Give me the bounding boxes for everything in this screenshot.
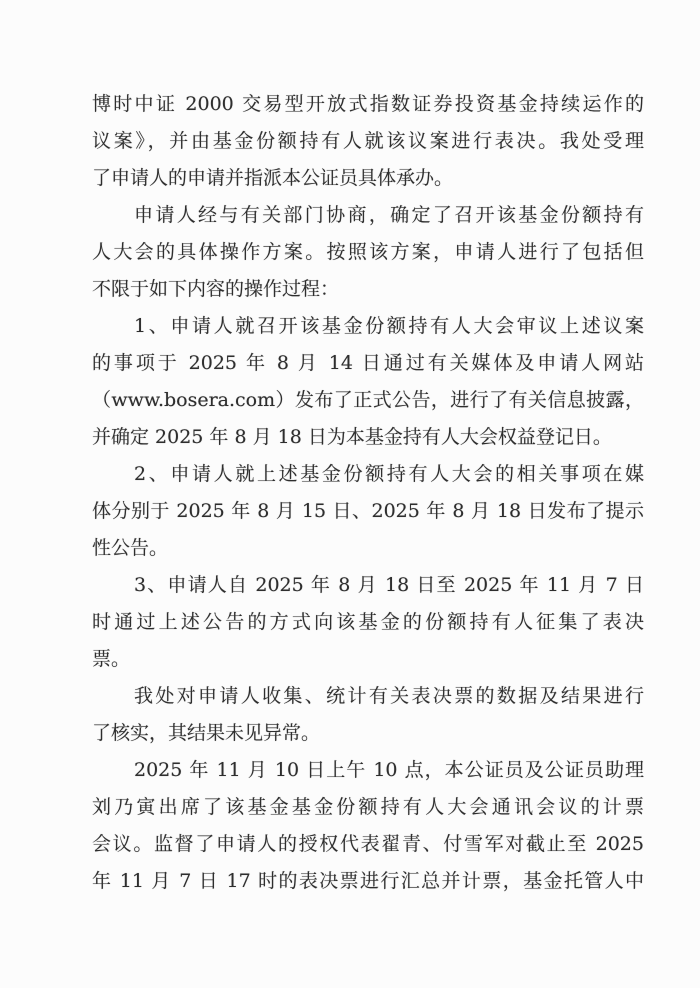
text-line: 会议。监督了申请人的授权代表翟青、付雪军对截止至 2025 [92,826,644,863]
paragraph-5: 3、申请人自 2025 年 8 月 18 日至 2025 年 11 月 7 日 … [92,567,644,678]
text-line: 3、申请人自 2025 年 8 月 18 日至 2025 年 11 月 7 日 … [92,567,644,604]
paragraph-6: 我处对申请人收集、统计有关表决票的数据及结果进行了核实，其结果未见异常。 [92,678,644,752]
text-line: 议案》，并由基金份额持有人就该议案进行表决。我处受理 [92,123,644,160]
text-line: 刘乃寅出席了该基金基金份额持有人大会通讯会议的计票 [92,789,644,826]
text-line: 博时中证 2000 交易型开放式指数证券投资基金持续运作的 [92,86,644,123]
paragraph-2: 申请人经与有关部门协商，确定了召开该基金份额持有人大会的具体操作方案。按照该方案… [92,197,644,308]
text-line: 2、申请人就上述基金份额持有人大会的相关事项在媒 [92,456,644,493]
text-line: 人大会的具体操作方案。按照该方案，申请人进行了包括但 [92,234,644,271]
document-page: 博时中证 2000 交易型开放式指数证券投资基金持续运作的议案》，并由基金份额持… [0,0,700,988]
text-line: 了申请人的申请并指派本公证员具体承办。 [92,160,644,197]
document-body: 博时中证 2000 交易型开放式指数证券投资基金持续运作的议案》，并由基金份额持… [92,86,644,900]
text-line: （www.bosera.com）发布了正式公告，进行了有关信息披露， [92,382,644,419]
text-line: 了核实，其结果未见异常。 [92,715,644,752]
text-line: 我处对申请人收集、统计有关表决票的数据及结果进行 [92,678,644,715]
paragraph-1: 博时中证 2000 交易型开放式指数证券投资基金持续运作的议案》，并由基金份额持… [92,86,644,197]
text-line: 票。 [92,641,644,678]
text-line: 1、申请人就召开该基金份额持有人大会审议上述议案 [92,308,644,345]
text-line: 不限于如下内容的操作过程： [92,271,644,308]
paragraph-3: 1、申请人就召开该基金份额持有人大会审议上述议案的事项于 2025 年 8 月 … [92,308,644,456]
text-line: 申请人经与有关部门协商，确定了召开该基金份额持有 [92,197,644,234]
paragraph-7: 2025 年 11 月 10 日上午 10 点，本公证员及公证员助理刘乃寅出席了… [92,752,644,900]
text-line: 年 11 月 7 日 17 时的表决票进行汇总并计票，基金托管人中 [92,863,644,900]
text-line: 时通过上述公告的方式向该基金的份额持有人征集了表决 [92,604,644,641]
text-line: 体分别于 2025 年 8 月 15 日、2025 年 8 月 18 日发布了提… [92,493,644,530]
text-line: 并确定 2025 年 8 月 18 日为本基金持有人大会权益登记日。 [92,419,644,456]
text-line: 2025 年 11 月 10 日上午 10 点，本公证员及公证员助理 [92,752,644,789]
paragraph-4: 2、申请人就上述基金份额持有人大会的相关事项在媒体分别于 2025 年 8 月 … [92,456,644,567]
text-line: 的事项于 2025 年 8 月 14 日通过有关媒体及申请人网站 [92,345,644,382]
text-line: 性公告。 [92,530,644,567]
